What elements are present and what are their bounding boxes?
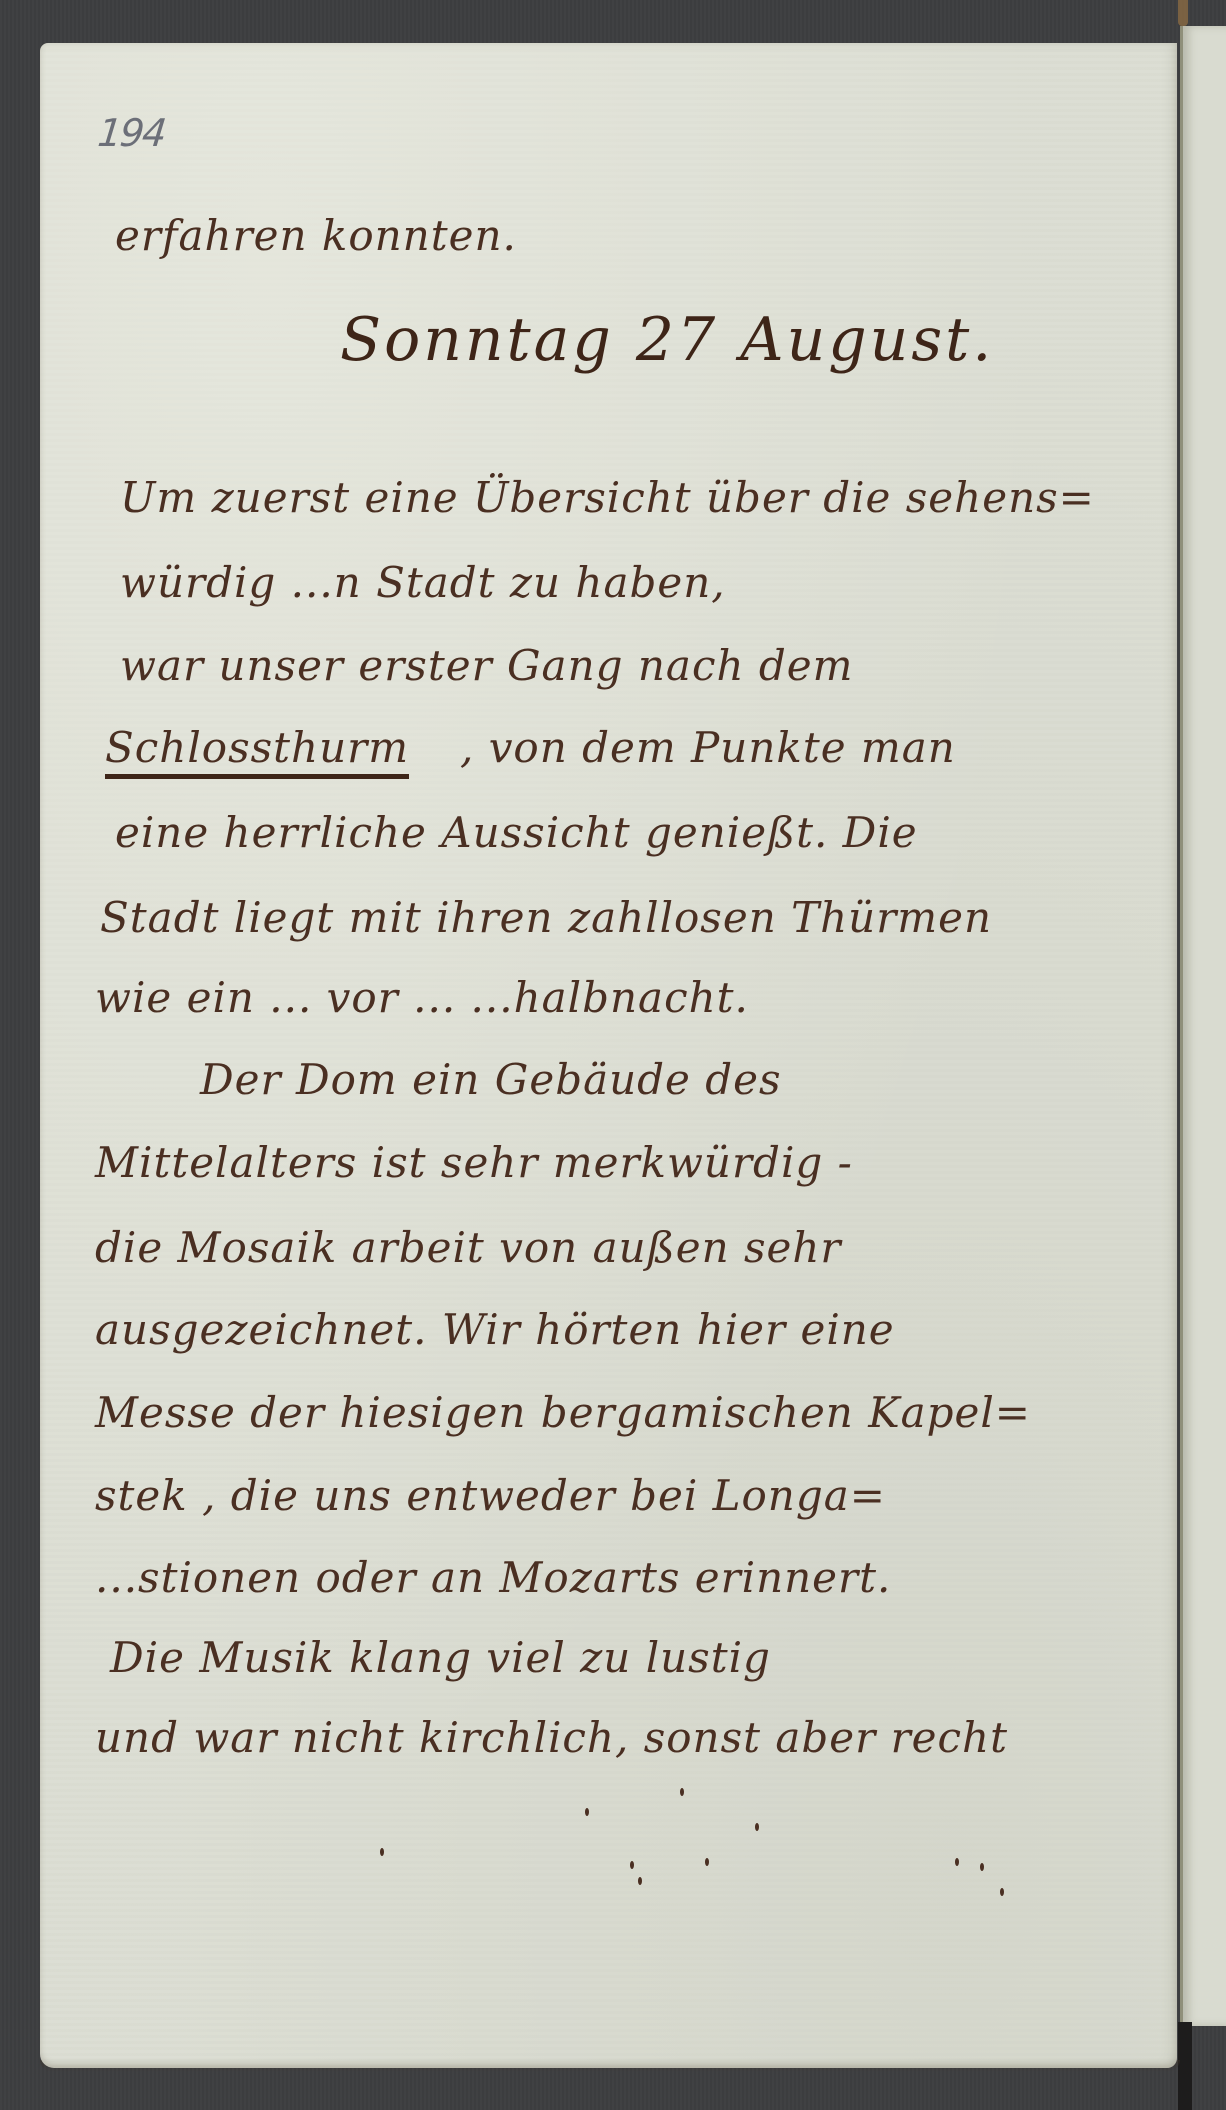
binding-stain	[1178, 0, 1188, 26]
text-line-1: erfahren konnten.	[115, 211, 517, 260]
ink-speck	[955, 1858, 959, 1866]
folio-number: 194	[96, 111, 167, 155]
ink-speck	[680, 1788, 684, 1796]
text-line-6-rest: , von dem Punkte man	[460, 723, 956, 772]
text-line-10: Der Dom ein Gebäude des	[200, 1055, 782, 1104]
text-line-16: ...stionen oder an Mozarts erinnert.	[95, 1553, 891, 1602]
ink-speck	[1000, 1888, 1004, 1896]
date-heading: Sonntag 27 August.	[340, 305, 994, 375]
text-line-11: Mittelalters ist sehr merkwürdig -	[95, 1138, 853, 1187]
ink-speck	[638, 1877, 642, 1885]
text-line-12: die Mosaik arbeit von außen sehr	[95, 1223, 842, 1272]
text-line-17: Die Musik klang viel zu lustig	[110, 1633, 771, 1682]
manuscript-page: 194 erfahren konnten. Sonntag 27 August.…	[40, 43, 1177, 2068]
text-line-3: Um zuerst eine Übersicht über die sehens…	[120, 473, 1095, 522]
underlined-place-name: Schlossthurm	[105, 723, 409, 779]
adjacent-page-edge	[1180, 26, 1226, 2026]
ink-speck	[585, 1808, 589, 1816]
text-line-14: Messe der hiesigen bergamischen Kapel=	[95, 1388, 1031, 1437]
text-line-6: Schlossthurm	[105, 723, 409, 772]
text-line-15: stek , die uns entweder bei Longa=	[95, 1471, 886, 1520]
gutter-shadow	[1178, 2022, 1192, 2110]
text-line-18: und war nicht kirchlich, sonst aber rech…	[95, 1713, 1008, 1762]
ink-speck	[755, 1823, 759, 1831]
text-line-5: war unser erster Gang nach dem	[120, 641, 853, 690]
ink-speck	[705, 1858, 709, 1866]
text-line-9: wie ein ... vor ... ...halbnacht.	[95, 973, 749, 1022]
manuscript-scan: 194 erfahren konnten. Sonntag 27 August.…	[0, 0, 1226, 2110]
ink-speck	[980, 1863, 984, 1871]
text-line-8: Stadt liegt mit ihren zahllosen Thürmen	[100, 893, 992, 942]
ink-speck	[630, 1861, 634, 1869]
text-line-13: ausgezeichnet. Wir hörten hier eine	[95, 1305, 895, 1354]
text-line-4: würdig ...n Stadt zu haben,	[120, 558, 726, 607]
ink-speck	[380, 1848, 384, 1856]
text-line-7: eine herrliche Aussicht genießt. Die	[115, 808, 918, 857]
